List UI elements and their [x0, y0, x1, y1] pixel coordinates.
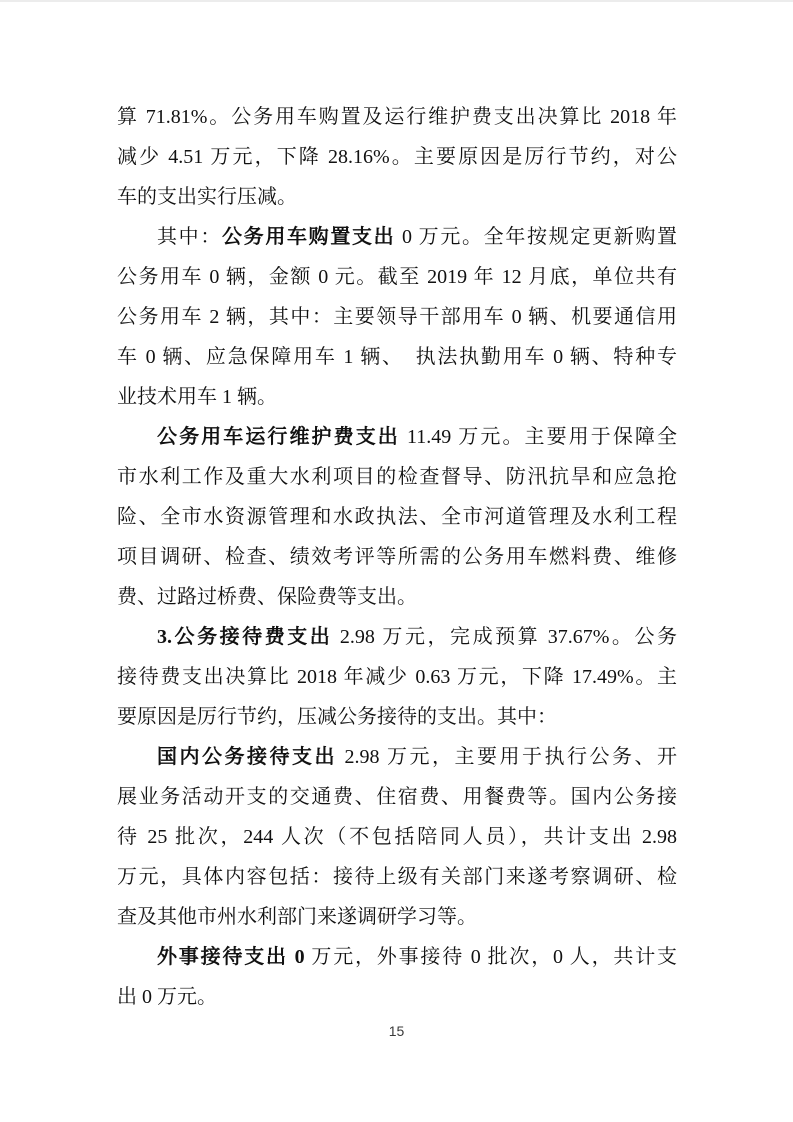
bold-text-segment: 3.公务接待费支出 — [157, 626, 332, 648]
text-segment: 其中： — [157, 226, 222, 248]
bold-text-segment: 公务用车运行维护费支出 — [157, 426, 400, 448]
text-line: 待 25 批次，244 人次（不包括陪同人员），共计支出 2.98 — [117, 817, 677, 857]
text-line: 公务用车 2 辆，其中：主要领导干部用车 0 辆、机要通信用 — [117, 297, 677, 337]
text-line: 接待费支出决算比 2018 年减少 0.63 万元，下降 17.49%。主 — [117, 657, 677, 697]
paragraph: 国内公务接待支出 2.98 万元，主要用于执行公务、开展业务活动开支的交通费、住… — [117, 737, 677, 937]
text-line: 查及其他市州水利部门来遂调研学习等。 — [117, 897, 677, 937]
page-number: 15 — [0, 1022, 793, 1040]
text-segment: 接待费支出决算比 2018 年减少 0.63 万元，下降 17.49%。主 — [117, 666, 677, 688]
text-line: 出 0 万元。 — [117, 977, 677, 1017]
paragraph: 公务用车运行维护费支出 11.49 万元。主要用于保障全市水利工作及重大水利项目… — [117, 417, 677, 617]
text-line: 公务用车 0 辆，金额 0 元。截至 2019 年 12 月底，单位共有 — [117, 257, 677, 297]
document-body: 算 71.81%。公务用车购置及运行维护费支出决算比 2018 年减少 4.51… — [117, 97, 677, 1017]
text-line: 3.公务接待费支出 2.98 万元，完成预算 37.67%。公务 — [117, 617, 677, 657]
text-segment: 车 0 辆、应急保障用车 1 辆、 执法执勤用车 0 辆、特种专 — [117, 346, 677, 368]
page-top-edge — [0, 0, 793, 2]
bold-text-segment: 公务用车购置支出 — [222, 226, 395, 248]
text-segment: 公务用车 2 辆，其中：主要领导干部用车 0 辆、机要通信用 — [117, 306, 677, 328]
text-segment: 业技术用车 1 辆。 — [117, 386, 277, 408]
text-segment: 公务用车 0 辆，金额 0 元。截至 2019 年 12 月底，单位共有 — [117, 266, 677, 288]
text-segment: 项目调研、检查、绩效考评等所需的公务用车燃料费、维修 — [117, 546, 677, 568]
paragraph: 其中：公务用车购置支出 0 万元。全年按规定更新购置公务用车 0 辆，金额 0 … — [117, 217, 677, 417]
text-segment: 万元，具体内容包括：接待上级有关部门来遂考察调研、检 — [117, 866, 677, 888]
text-line: 要原因是厉行节约，压减公务接待的支出。其中： — [117, 697, 677, 737]
text-line: 车的支出实行压减。 — [117, 177, 677, 217]
text-line: 外事接待支出 0 万元，外事接待 0 批次，0 人，共计支 — [117, 937, 677, 977]
text-line: 公务用车运行维护费支出 11.49 万元。主要用于保障全 — [117, 417, 677, 457]
text-line: 国内公务接待支出 2.98 万元，主要用于执行公务、开 — [117, 737, 677, 777]
text-line: 业技术用车 1 辆。 — [117, 377, 677, 417]
text-line: 展业务活动开支的交通费、住宿费、用餐费等。国内公务接 — [117, 777, 677, 817]
paragraph: 外事接待支出 0 万元，外事接待 0 批次，0 人，共计支出 0 万元。 — [117, 937, 677, 1017]
paragraph: 算 71.81%。公务用车购置及运行维护费支出决算比 2018 年减少 4.51… — [117, 97, 677, 217]
text-segment: 出 0 万元。 — [117, 986, 217, 1008]
text-line: 算 71.81%。公务用车购置及运行维护费支出决算比 2018 年 — [117, 97, 677, 137]
bold-text-segment: 外事接待支出 0 — [157, 946, 305, 968]
text-segment: 减少 4.51 万元，下降 28.16%。主要原因是厉行节约，对公 — [117, 146, 677, 168]
text-segment: 要原因是厉行节约，压减公务接待的支出。其中： — [117, 706, 557, 728]
text-segment: 算 71.81%。公务用车购置及运行维护费支出决算比 2018 年 — [117, 106, 677, 128]
text-line: 项目调研、检查、绩效考评等所需的公务用车燃料费、维修 — [117, 537, 677, 577]
text-line: 市水利工作及重大水利项目的检查督导、防汛抗旱和应急抢 — [117, 457, 677, 497]
text-segment: 险、全市水资源管理和水政执法、全市河道管理及水利工程 — [117, 506, 677, 528]
text-line: 万元，具体内容包括：接待上级有关部门来遂考察调研、检 — [117, 857, 677, 897]
text-segment: 展业务活动开支的交通费、住宿费、用餐费等。国内公务接 — [117, 786, 677, 808]
text-segment: 查及其他市州水利部门来遂调研学习等。 — [117, 906, 477, 928]
text-segment: 车的支出实行压减。 — [117, 186, 297, 208]
text-segment: 0 万元。全年按规定更新购置 — [395, 226, 677, 248]
paragraph: 3.公务接待费支出 2.98 万元，完成预算 37.67%。公务接待费支出决算比… — [117, 617, 677, 737]
text-segment: 2.98 万元，完成预算 37.67%。公务 — [332, 626, 677, 648]
text-segment: 万元，外事接待 0 批次，0 人，共计支 — [305, 946, 677, 968]
text-line: 其中：公务用车购置支出 0 万元。全年按规定更新购置 — [117, 217, 677, 257]
text-line: 车 0 辆、应急保障用车 1 辆、 执法执勤用车 0 辆、特种专 — [117, 337, 677, 377]
text-segment: 市水利工作及重大水利项目的检查督导、防汛抗旱和应急抢 — [117, 466, 677, 488]
text-segment: 待 25 批次，244 人次（不包括陪同人员），共计支出 2.98 — [117, 826, 677, 848]
text-segment: 2.98 万元，主要用于执行公务、开 — [337, 746, 677, 768]
text-line: 费、过路过桥费、保险费等支出。 — [117, 577, 677, 617]
text-segment: 费、过路过桥费、保险费等支出。 — [117, 586, 417, 608]
text-line: 险、全市水资源管理和水政执法、全市河道管理及水利工程 — [117, 497, 677, 537]
text-line: 减少 4.51 万元，下降 28.16%。主要原因是厉行节约，对公 — [117, 137, 677, 177]
bold-text-segment: 国内公务接待支出 — [157, 746, 337, 768]
text-segment: 11.49 万元。主要用于保障全 — [400, 426, 677, 448]
